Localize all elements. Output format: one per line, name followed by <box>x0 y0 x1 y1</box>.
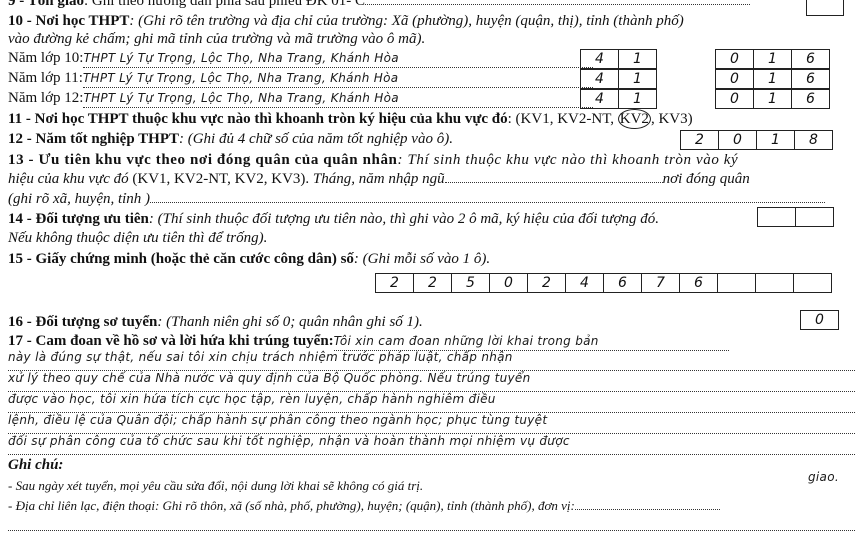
item-15-heading: 15 - Giấy chứng minh (hoặc thẻ căn cước … <box>8 250 490 268</box>
grade-11-school-field[interactable]: THPT Lý Tự Trọng, Lộc Thọ, Nha Trang, Kh… <box>83 69 593 88</box>
item-11-selected-region[interactable]: KV2 <box>618 109 651 129</box>
item-13-instruction: : Thí sinh thuộc khu vực nào thì khoanh … <box>398 152 739 168</box>
id-digit[interactable] <box>718 274 756 292</box>
item-12-instruction: : (Ghi đủ 4 chữ số của năm tốt nghiệp và… <box>179 131 453 147</box>
code-digit[interactable]: 1 <box>619 90 656 108</box>
code-digit[interactable]: 1 <box>619 50 656 68</box>
code-digit[interactable]: 6 <box>792 50 829 68</box>
id-digit[interactable]: 7 <box>642 274 680 292</box>
item-13-line-2: hiệu của khu vực đó (KV1, KV2-NT, KV2, K… <box>8 170 750 188</box>
grade-12-row: Năm lớp 12:THPT Lý Tự Trọng, Lộc Thọ, Nh… <box>8 89 593 108</box>
code-digit[interactable]: 0 <box>716 70 754 88</box>
id-number-boxes[interactable]: 225024676 <box>375 273 832 293</box>
id-digit[interactable]: 2 <box>376 274 414 292</box>
code-digit[interactable]: 4 <box>581 70 619 88</box>
pledge-line[interactable]: này là đúng sự thật, nếu sai tôi xin chị… <box>8 350 855 371</box>
item-11-options-post: , KV3) <box>651 111 693 127</box>
grade-12-school-code[interactable]: 016 <box>715 89 830 109</box>
priority-digit[interactable] <box>758 208 796 226</box>
item-13-text-b: (KV1, KV2-NT, KV2, KV3). <box>129 171 313 187</box>
item-16-label: 16 - Đối tượng sơ tuyển <box>8 314 157 330</box>
priority-code-boxes[interactable] <box>757 207 834 227</box>
code-digit[interactable]: 1 <box>754 70 792 88</box>
station-location-field[interactable] <box>150 202 825 203</box>
item-14-heading: 14 - Đối tượng ưu tiên: (Thí sinh thuộc … <box>8 210 659 228</box>
pledge-line[interactable]: đối sự phân công của tổ chức sau khi tốt… <box>8 434 855 455</box>
code-digit[interactable]: 1 <box>619 70 656 88</box>
code-digit[interactable]: 0 <box>716 90 754 108</box>
item-16-heading: 16 - Đối tượng sơ tuyển: (Thanh niên ghi… <box>8 313 423 331</box>
item-13-heading: 13 - Ưu tiên khu vực theo nơi đóng quân … <box>8 151 738 169</box>
grade-11-label: Năm lớp 11: <box>8 70 83 86</box>
grade-11-row: Năm lớp 11:THPT Lý Tự Trọng, Lộc Thọ, Nh… <box>8 69 593 88</box>
item-10-instruction-2-text: vào đường kẻ chấm; ghi mã tỉnh của trườn… <box>8 31 425 47</box>
selection-type-box[interactable]: 0 <box>800 310 839 330</box>
grade-10-school-code[interactable]: 016 <box>715 49 830 69</box>
item-14-label: 14 - Đối tượng ưu tiên <box>8 211 149 227</box>
item-14-instruction-2: Nếu không thuộc diện ưu tiên thì để trốn… <box>8 229 267 247</box>
item-13-text-a: hiệu của khu vực đó <box>8 171 129 187</box>
item-11-region: 11 - Nơi học THPT thuộc khu vực nào thì … <box>8 109 693 129</box>
item-12-graduation-year: 12 - Năm tốt nghiệp THPT: (Ghi đủ 4 chữ … <box>8 130 453 148</box>
code-digit[interactable]: 6 <box>792 70 829 88</box>
item-9-religion: 9 - Tôn giáo: Ghi theo hướng dẫn phía sa… <box>8 0 750 10</box>
item-14-instruction: : (Thí sinh thuộc đối tượng ưu tiên nào,… <box>149 211 659 227</box>
pledge-line[interactable]: lệnh, điều lệ của Quân đội; chấp hành sự… <box>8 413 855 434</box>
item-15-instruction: : (Ghi mỗi số vào 1 ô). <box>354 251 490 267</box>
code-digit[interactable]: 4 <box>581 50 619 68</box>
id-digit[interactable] <box>794 274 831 292</box>
id-digit[interactable]: 5 <box>452 274 490 292</box>
code-digit[interactable]: 1 <box>754 90 792 108</box>
id-digit[interactable]: 2 <box>414 274 452 292</box>
id-digit[interactable]: 6 <box>680 274 718 292</box>
note-1-text: - Sau ngày xét tuyển, mọi yêu cầu sửa đổ… <box>8 478 423 493</box>
item-10-instruction-2: vào đường kẻ chấm; ghi mã tỉnh của trườn… <box>8 30 425 48</box>
pledge-line[interactable]: được vào học, tôi xin hứa tích cực học t… <box>8 392 855 413</box>
contact-address-field-2[interactable] <box>8 510 855 531</box>
graduation-year-boxes[interactable]: 2018 <box>680 130 833 150</box>
id-digit[interactable]: 4 <box>566 274 604 292</box>
year-digit[interactable]: 2 <box>681 131 719 149</box>
note-1: - Sau ngày xét tuyển, mọi yêu cầu sửa đổ… <box>8 477 423 495</box>
item-16-instruction: : (Thanh niên ghi số 0; quân nhân ghi số… <box>157 314 422 330</box>
item-11-label: 11 - Nơi học THPT thuộc khu vực nào thì … <box>8 111 508 127</box>
grade-11-province-code[interactable]: 41 <box>580 69 657 89</box>
item-10-instruction: : (Ghi rõ tên trường và địa chỉ của trườ… <box>129 13 683 29</box>
item-13-text-d: nơi đóng quân <box>663 171 750 187</box>
item-13-text-c: Tháng, năm nhập ngũ <box>313 171 445 187</box>
item-15-label: 15 - Giấy chứng minh (hoặc thẻ căn cước … <box>8 251 354 267</box>
grade-12-province-code[interactable]: 41 <box>580 89 657 109</box>
code-digit[interactable]: 6 <box>792 90 829 108</box>
item-9-dotted-field[interactable] <box>365 4 750 5</box>
grade-10-province-code[interactable]: 41 <box>580 49 657 69</box>
id-digit[interactable]: 0 <box>490 274 528 292</box>
grade-12-label: Năm lớp 12: <box>8 90 83 106</box>
item-9-label: 9 - Tôn giáo <box>8 0 84 9</box>
item-11-options-pre: : (KV1, KV2-NT, <box>508 111 618 127</box>
grade-10-row: Năm lớp 10:THPT Lý Tự Trọng, Lộc Thọ, Nh… <box>8 49 593 68</box>
item-9-code-box[interactable] <box>806 0 844 16</box>
selection-type-digit[interactable]: 0 <box>801 311 838 329</box>
pledge-line[interactable]: xử lý theo quy chế của Nhà nước và quy đ… <box>8 371 855 392</box>
year-digit[interactable]: 8 <box>795 131 832 149</box>
item-10-label: 10 - Nơi học THPT <box>8 13 129 29</box>
id-digit[interactable] <box>756 274 794 292</box>
item-13-line-3: (ghi rõ xã, huyện, tỉnh ) <box>8 190 825 208</box>
code-digit[interactable]: 0 <box>716 50 754 68</box>
item-10-heading: 10 - Nơi học THPT: (Ghi rõ tên trường và… <box>8 12 684 30</box>
grade-10-school-field[interactable]: THPT Lý Tự Trọng, Lộc Thọ, Nha Trang, Kh… <box>83 49 593 68</box>
item-12-label: 12 - Năm tốt nghiệp THPT <box>8 131 179 147</box>
item-17-heading: 17 - Cam đoan về hồ sơ và lời hứa khi tr… <box>8 332 729 351</box>
id-digit[interactable]: 6 <box>604 274 642 292</box>
pledge-line[interactable]: Tôi xin cam đoan những lời khai trong bả… <box>334 332 729 351</box>
item-9-text: : Ghi theo hướng dẫn phía sau phiếu ĐK 0… <box>84 0 365 9</box>
item-13-label: 13 - Ưu tiên khu vực theo nơi đóng quân … <box>8 152 398 168</box>
year-digit[interactable]: 1 <box>757 131 795 149</box>
notes-title-text: Ghi chú: <box>8 457 63 473</box>
id-digit[interactable]: 2 <box>528 274 566 292</box>
grade-11-school-code[interactable]: 016 <box>715 69 830 89</box>
code-digit[interactable]: 4 <box>581 90 619 108</box>
code-digit[interactable]: 1 <box>754 50 792 68</box>
priority-digit[interactable] <box>796 208 833 226</box>
item-13-text-e: (ghi rõ xã, huyện, tỉnh ) <box>8 191 150 207</box>
grade-10-label: Năm lớp 10: <box>8 50 83 66</box>
grade-12-school-field[interactable]: THPT Lý Tự Trọng, Lộc Thọ, Nha Trang, Kh… <box>83 89 593 108</box>
item-14-instruction-2-text: Nếu không thuộc diện ưu tiên thì để trốn… <box>8 230 267 246</box>
notes-title: Ghi chú: <box>8 456 63 474</box>
pledge-line-end: giao. <box>808 470 839 484</box>
year-digit[interactable]: 0 <box>719 131 757 149</box>
item-17-label: 17 - Cam đoan về hồ sơ và lời hứa khi tr… <box>8 333 334 349</box>
enlistment-date-field[interactable] <box>445 182 663 183</box>
